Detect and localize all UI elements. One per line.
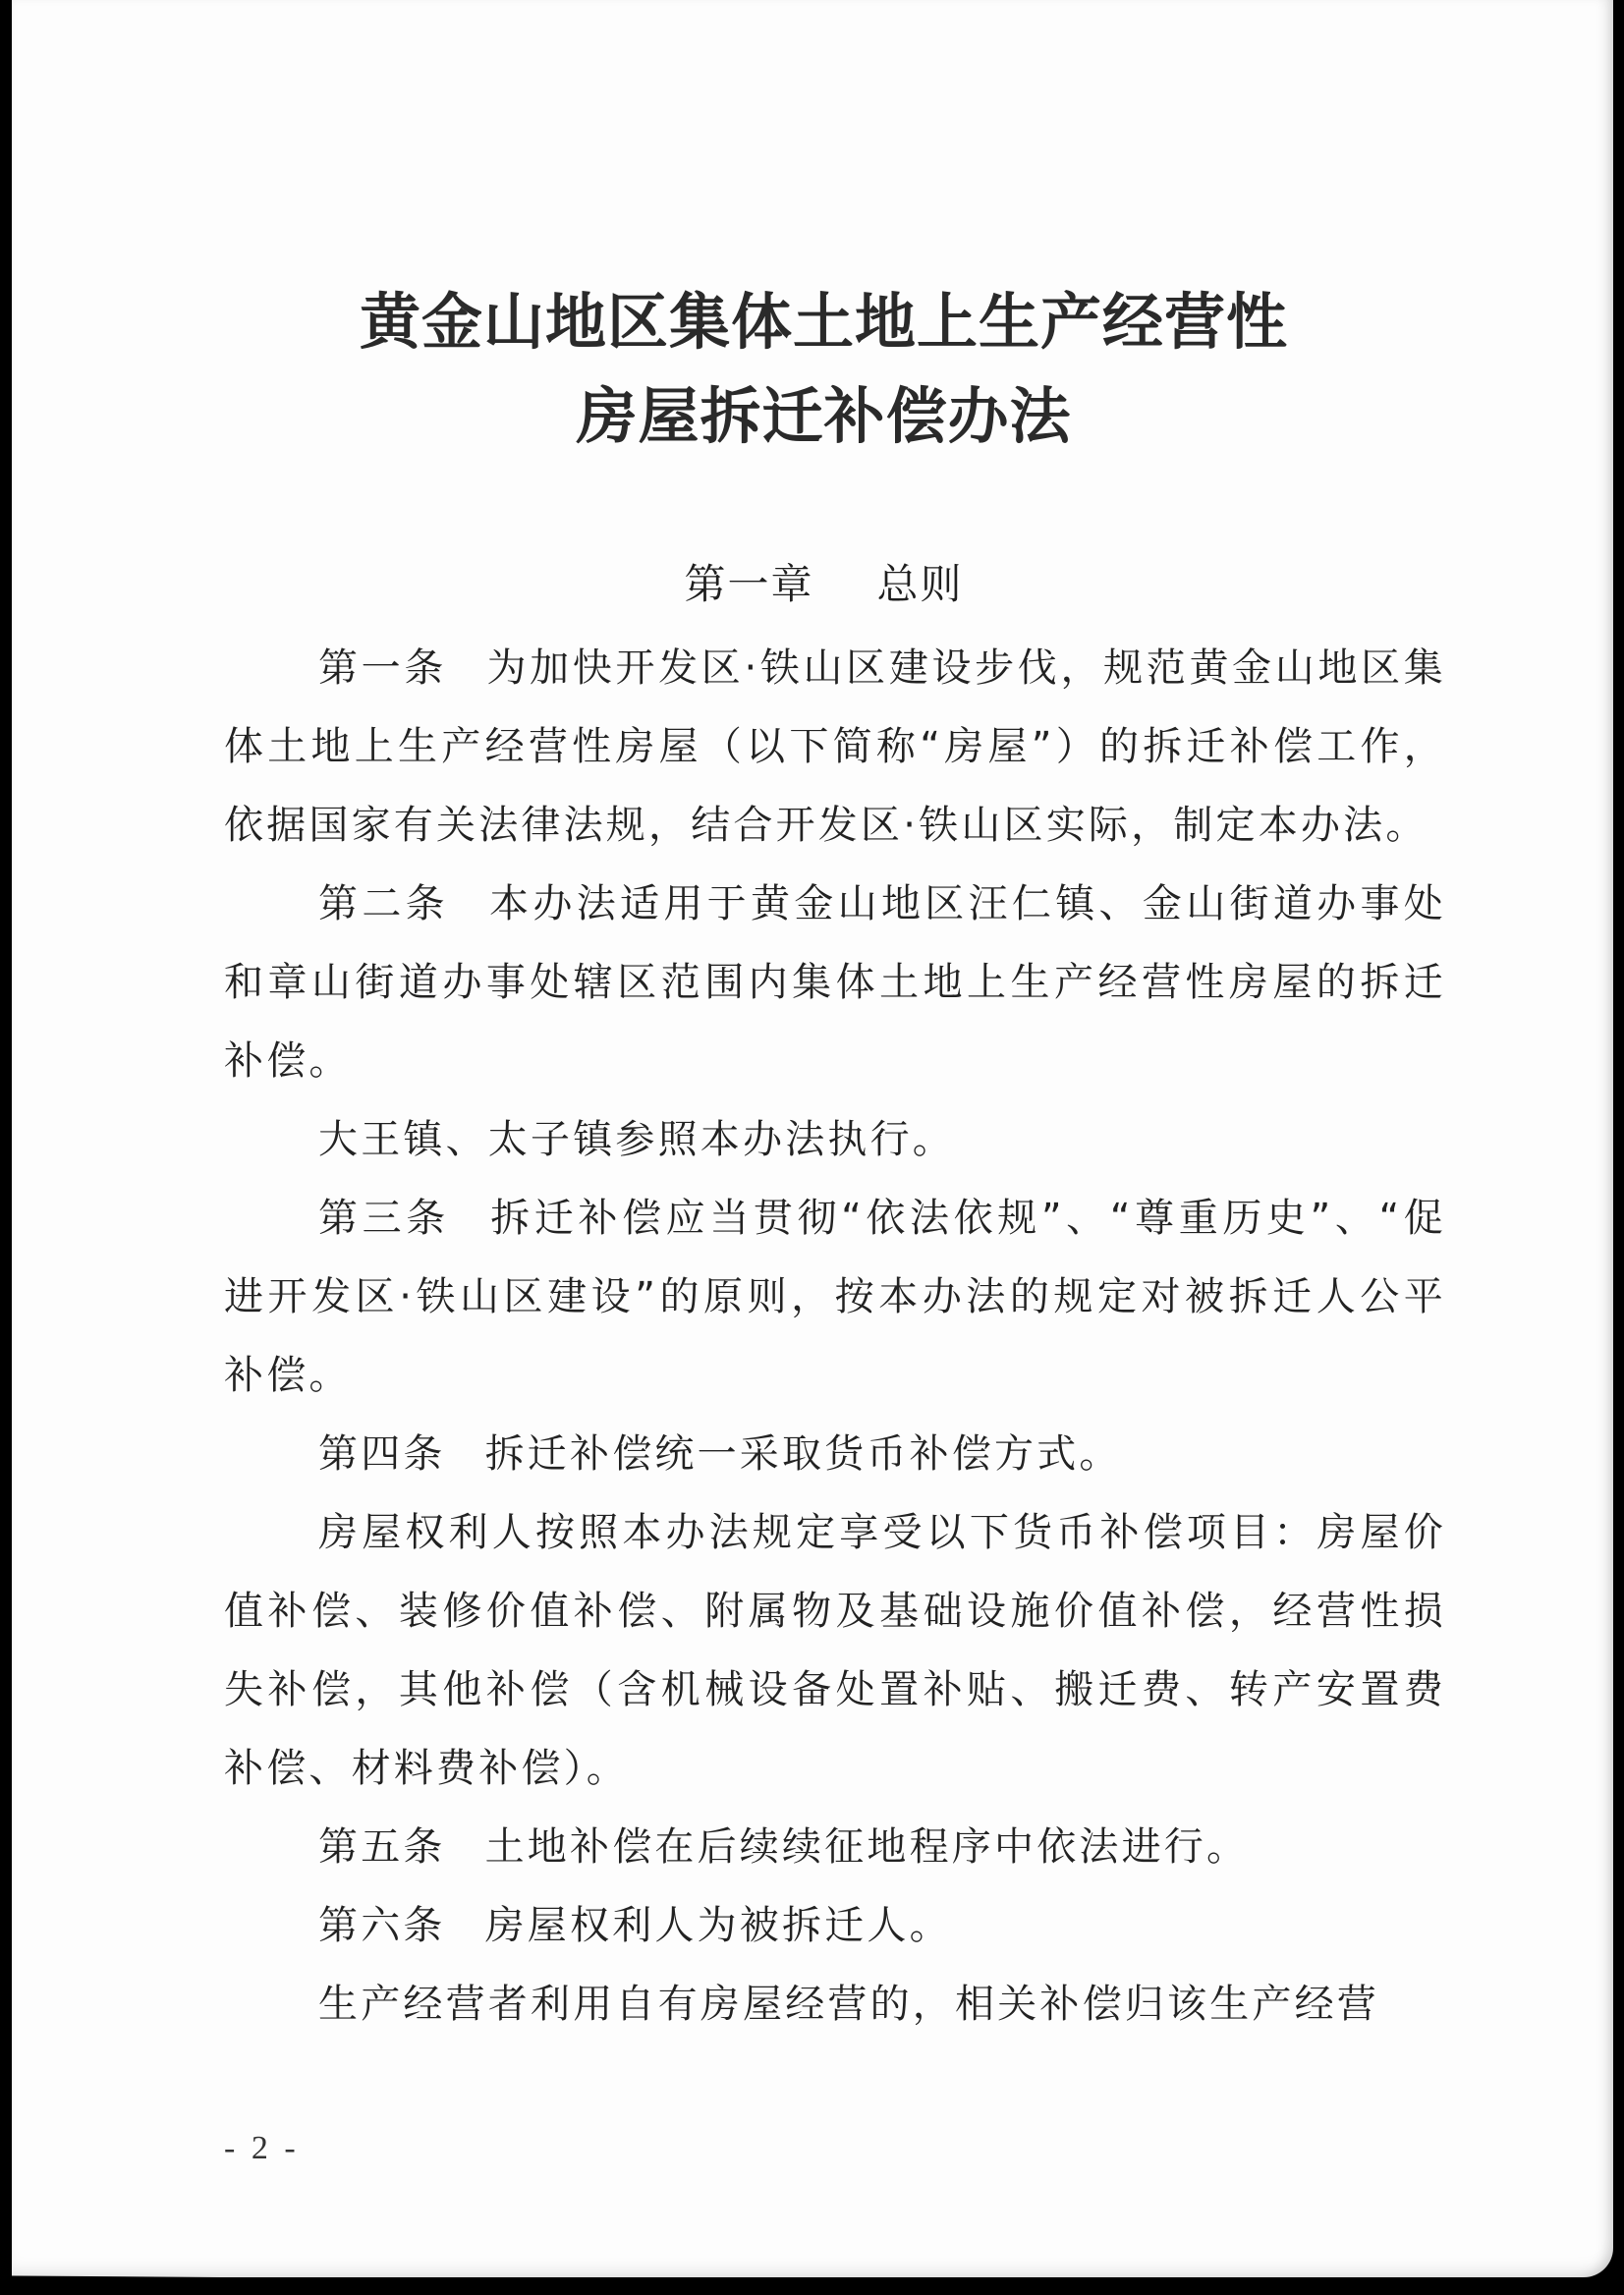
paragraph-text: 土地补偿在后续续征地程序中依法进行。 bbox=[485, 1824, 1250, 1870]
article-label: 第六条 bbox=[318, 1903, 446, 1948]
chapter-number: 第一章 bbox=[684, 560, 813, 608]
article-label: 第二条 bbox=[318, 881, 449, 926]
paragraph-article-5: 第五条土地补偿在后续续征地程序中依法进行。 bbox=[224, 1808, 1446, 1886]
document-body: 第一条为加快开发区·铁山区建设步伐，规范黄金山地区集体土地上生产经营性房屋（以下… bbox=[224, 629, 1446, 2043]
paragraph-article-3: 第三条拆迁补偿应当贯彻“依法依规”、“尊重历史”、“促进开发区·铁山区建设”的原… bbox=[224, 1179, 1446, 1415]
paragraph-text: 房屋权利人按照本办法规定享受以下货币补偿项目：房屋价值补偿、装修价值补偿、附属物… bbox=[224, 1510, 1446, 1791]
paragraph-text: 大王镇、太子镇参照本办法执行。 bbox=[318, 1117, 955, 1162]
article-label: 第一条 bbox=[318, 645, 447, 691]
title-line-1: 黄金山地区集体土地上生产经营性 bbox=[12, 275, 1624, 369]
article-label: 第三条 bbox=[318, 1196, 450, 1241]
title-line-2: 房屋拆迁补偿办法 bbox=[12, 369, 1624, 464]
document-title: 黄金山地区集体土地上生产经营性 房屋拆迁补偿办法 bbox=[12, 275, 1624, 464]
paragraph-article-6: 第六条房屋权利人为被拆迁人。 bbox=[224, 1886, 1446, 1965]
document-page: 黄金山地区集体土地上生产经营性 房屋拆迁补偿办法 第一章总则 第一条为加快开发区… bbox=[12, 0, 1613, 2277]
paragraph-text: 拆迁补偿统一采取货币补偿方式。 bbox=[485, 1431, 1122, 1477]
page-number: - 2 - bbox=[224, 2130, 300, 2167]
paragraph-article-2: 第二条本办法适用于黄金山地区汪仁镇、金山街道办事处和章山街道办事处辖区范围内集体… bbox=[224, 865, 1446, 1100]
paragraph-text: 房屋权利人为被拆迁人。 bbox=[485, 1903, 952, 1948]
paragraph-article-4-supplement: 房屋权利人按照本办法规定享受以下货币补偿项目：房屋价值补偿、装修价值补偿、附属物… bbox=[224, 1493, 1446, 1808]
paragraph-article-6-supplement: 生产经营者利用自有房屋经营的，相关补偿归该生产经营 bbox=[224, 1965, 1446, 2043]
chapter-heading: 第一章总则 bbox=[12, 552, 1624, 611]
paragraph-article-2-supplement: 大王镇、太子镇参照本办法执行。 bbox=[224, 1100, 1446, 1179]
paragraph-text: 生产经营者利用自有房屋经营的，相关补偿归该生产经营 bbox=[318, 1982, 1379, 2027]
article-label: 第四条 bbox=[318, 1431, 446, 1477]
paragraph-article-1: 第一条为加快开发区·铁山区建设步伐，规范黄金山地区集体土地上生产经营性房屋（以下… bbox=[224, 629, 1446, 865]
chapter-name: 总则 bbox=[877, 560, 964, 608]
article-label: 第五条 bbox=[318, 1824, 446, 1870]
paragraph-article-4: 第四条拆迁补偿统一采取货币补偿方式。 bbox=[224, 1415, 1446, 1493]
